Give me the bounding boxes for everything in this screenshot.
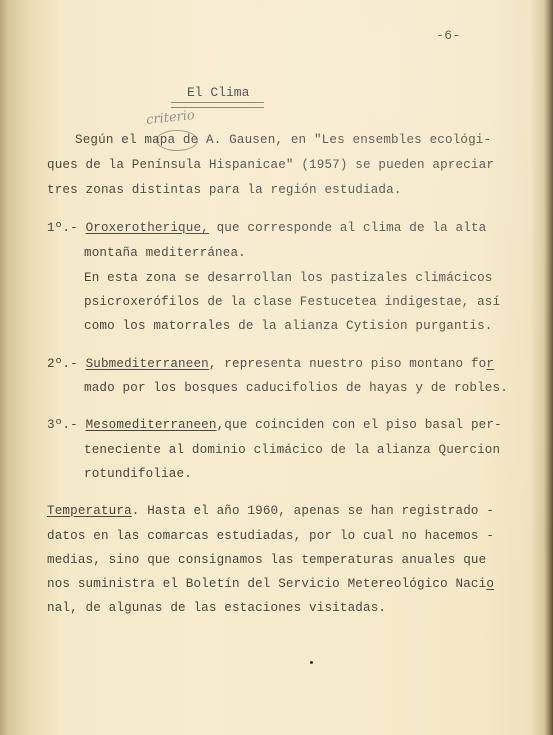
temperature-text: nos suministra el Boletín del Servicio M… (47, 577, 486, 591)
circled-word: mapa (144, 133, 175, 147)
document-page: -6- El Clima criterio Según el mapa de A… (0, 0, 553, 735)
temperature-line-4: nos suministra el Boletín del Servicio M… (47, 577, 494, 591)
intro-text: Según el (75, 133, 144, 147)
temperature-line-2: datos en las comarcas estudiadas, por lo… (47, 529, 494, 543)
zone-2-line-2: mado por los bosques caducifolios de hay… (84, 381, 508, 395)
temperature-line-5: nal, de algunas de las estaciones visita… (47, 601, 386, 615)
zone-name: Oroxerotherique, (86, 221, 209, 235)
handwritten-annotation: criterio (145, 108, 195, 128)
intro-line-2: ques de la Península Hispanicae" (1957) … (47, 158, 494, 172)
zone-1-line-5: como los matorrales de la alianza Cytisi… (84, 319, 493, 333)
zone-1-line-2: montaña mediterránea. (84, 246, 246, 260)
zone-3-line-2: teneciente al dominio climácico de la al… (84, 443, 500, 457)
intro-text: de A. Gausen, en "Les ensembles ecológi- (175, 133, 491, 147)
zone-text: ,que coinciden con el piso basal per- (217, 418, 502, 432)
zone-name: Submediterraneen (86, 357, 209, 371)
zone-3-line-1: 3º.- Mesomediterraneen,que coinciden con… (47, 418, 502, 432)
zone-1-line-4: psicroxerófilos de la clase Festucetea i… (84, 295, 500, 309)
intro-line-1: Según el mapa de A. Gausen, en "Les ense… (75, 133, 491, 147)
zone-3-line-3: rotundifoliae. (84, 467, 192, 481)
zone-1-line-1: 1º.- Oroxerotherique, que corresponde al… (47, 221, 486, 235)
ink-spot (310, 661, 313, 664)
zone-text: r (486, 357, 494, 371)
zone-name: Mesomediterraneen (86, 418, 217, 432)
zone-number: 2º.- (47, 357, 78, 371)
temperature-line-3: medias, sino que consignamos las tempera… (47, 553, 486, 567)
section-title: El Clima (187, 85, 249, 100)
temperature-text: o (486, 577, 494, 591)
intro-line-3: tres zonas distintas para la región estu… (47, 183, 402, 197)
title-double-underline (171, 102, 264, 108)
zone-number: 3º.- (47, 418, 78, 432)
zone-2-line-1: 2º.- Submediterraneen, representa nuestr… (47, 357, 494, 371)
zone-text: que corresponde al clima de la alta (209, 221, 486, 235)
temperature-line-1: Temperatura. Hasta el año 1960, apenas s… (47, 504, 494, 518)
page-number: -6- (436, 28, 461, 43)
zone-number: 1º.- (47, 221, 78, 235)
zone-1-line-3: En esta zona se desarrollan los pastizal… (84, 271, 493, 285)
zone-text: , representa nuestro piso montano fo (209, 357, 486, 371)
temperature-text: . Hasta el año 1960, apenas se han regis… (132, 504, 494, 518)
temperature-heading: Temperatura (47, 504, 132, 518)
